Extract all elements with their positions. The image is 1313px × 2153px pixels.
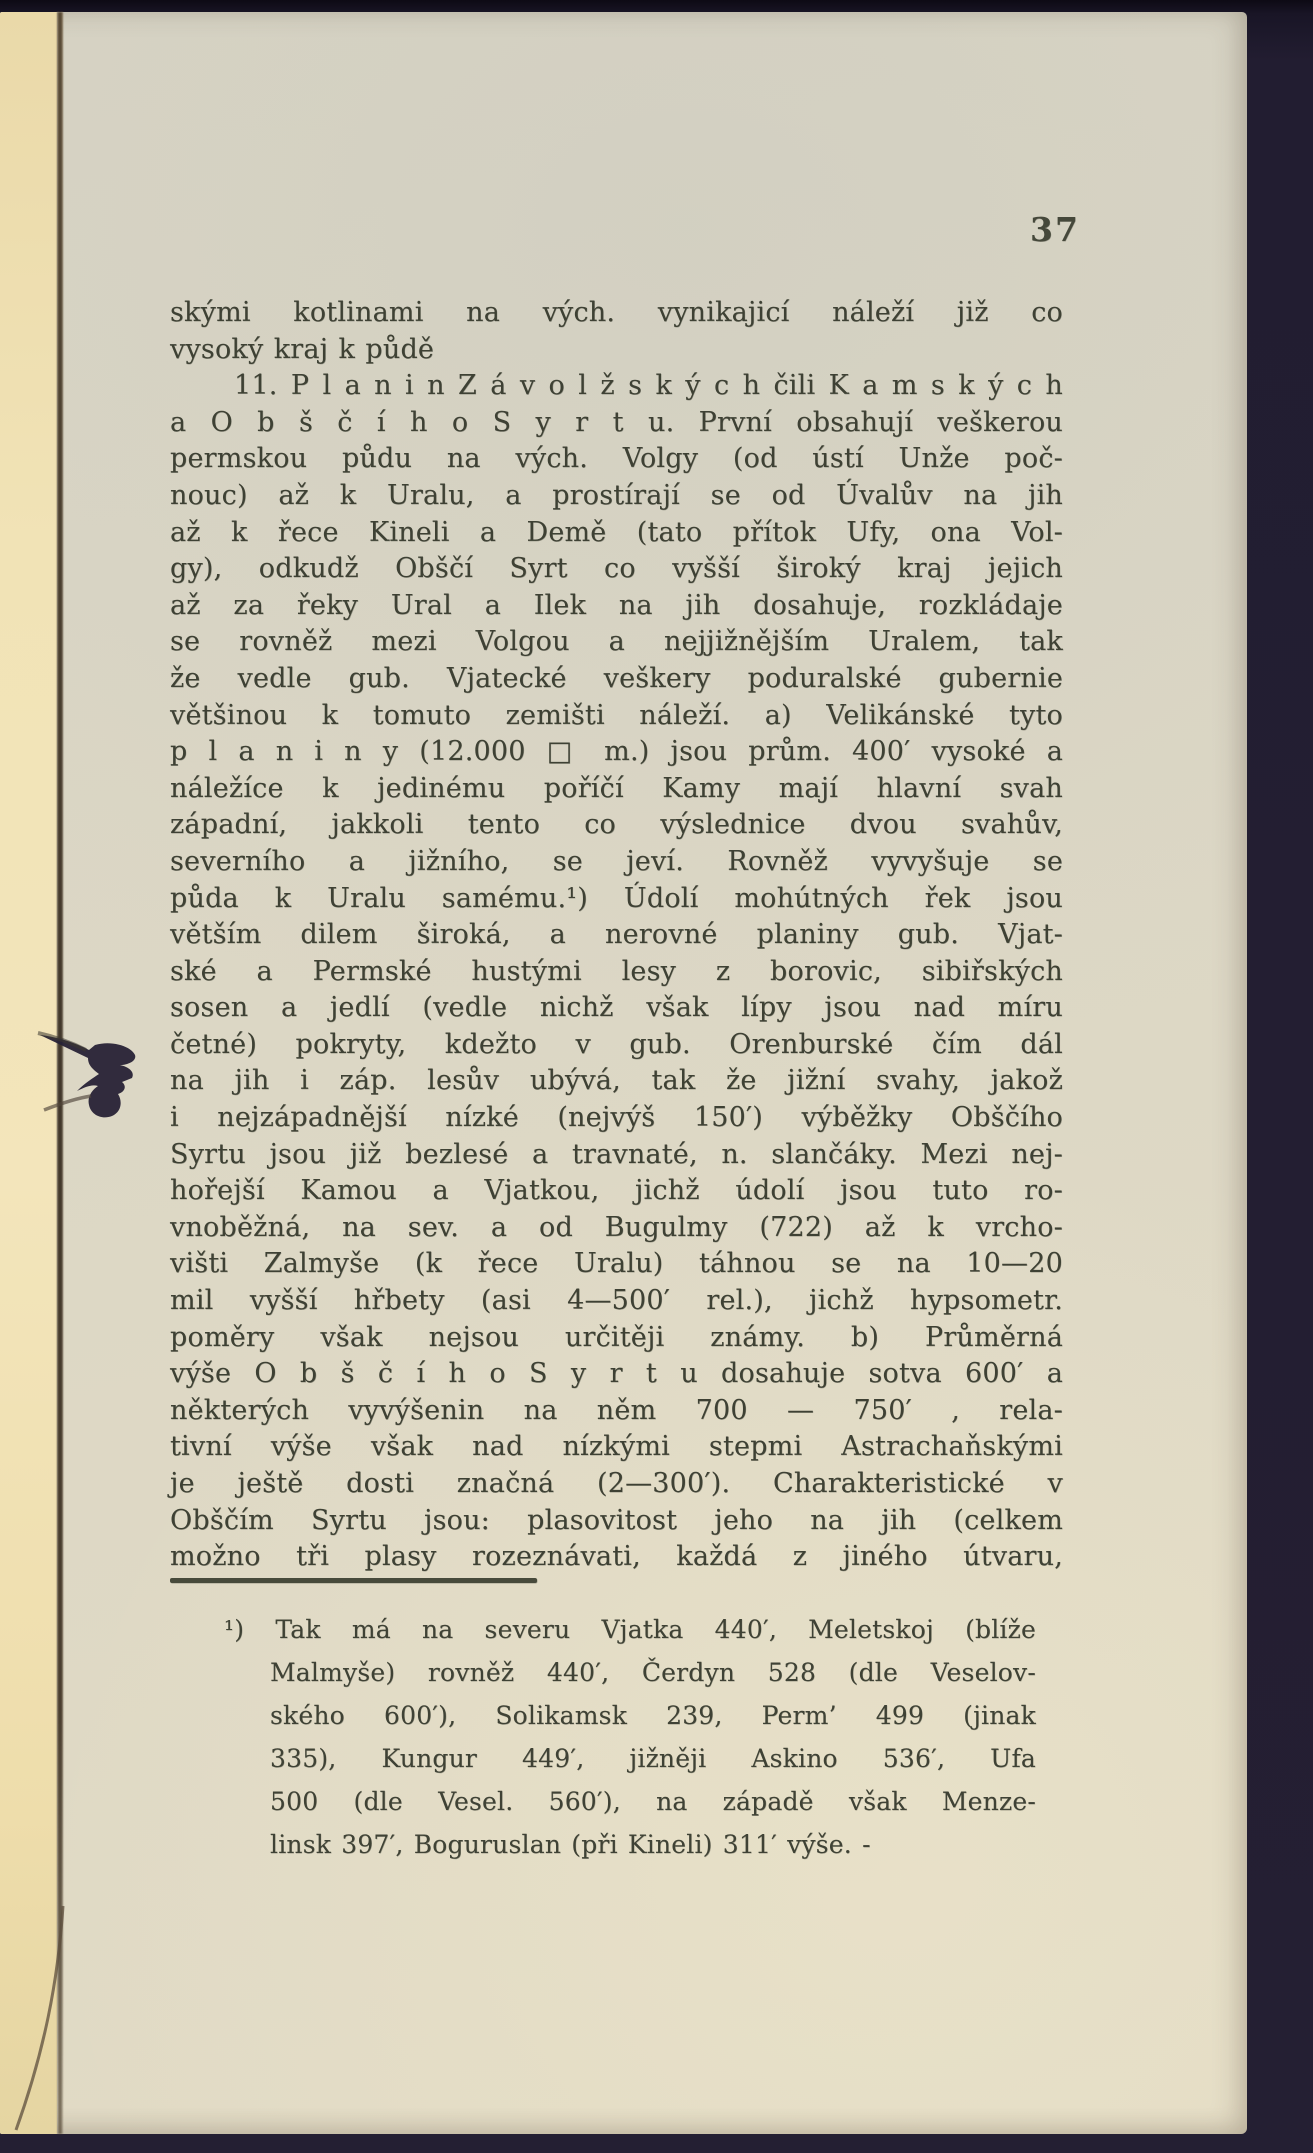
- footnote-text: ¹) Tak má na severu Vjatka 440′, Meletsk…: [270, 1608, 1036, 1866]
- page-body-text: skými kotlinami na vých. vynikajicí nále…: [170, 295, 1063, 1576]
- text-line: p l a n i n y (12.000 □ m.) jsou prům. 4…: [170, 734, 1063, 771]
- text-line: půda k Uralu samému.¹) Údolí mohútných ř…: [170, 881, 1063, 918]
- text-line: 11. P l a n i n Z á v o l ž s k ý c h či…: [170, 368, 1063, 405]
- footnote-separator-rule: [170, 1578, 537, 1583]
- text-line: i nejzápadnější nízké (nejvýš 150′) výbě…: [170, 1100, 1063, 1137]
- text-line: nouc) až k Uralu, a prostírají se od Úva…: [170, 478, 1063, 515]
- text-line: ské a Permské hustými lesy z borovic, si…: [170, 954, 1063, 991]
- text-line: hořejší Kamou a Vjatkou, jichž údolí jso…: [170, 1173, 1063, 1210]
- text-line: tivní výše však nad nízkými stepmi Astra…: [170, 1429, 1063, 1466]
- text-line: některých vyvýšenin na něm 700 — 750′ , …: [170, 1393, 1063, 1430]
- scan-background: 37 skými kotlinami na vých. vynikajicí n…: [0, 0, 1313, 2153]
- text-line: gy), odkudž Obščí Syrt co vyšší široký k…: [170, 551, 1063, 588]
- book-page: 37 skými kotlinami na vých. vynikajicí n…: [0, 12, 1247, 2134]
- page-number: 37: [1030, 210, 1100, 249]
- text-line: je ještě dosti značná (2—300′). Charakte…: [170, 1466, 1063, 1503]
- text-line: až k řece Kineli a Demě (tato přítok Ufy…: [170, 515, 1063, 552]
- text-line: Obščím Syrtu jsou: plasovitost jeho na j…: [170, 1503, 1063, 1540]
- text-line: vnoběžná, na sev. a od Bugulmy (722) až …: [170, 1210, 1063, 1247]
- text-line: severního a jižního, se jeví. Rovněž vyv…: [170, 844, 1063, 881]
- text-line: že vedle gub. Vjatecké veškery poduralsk…: [170, 661, 1063, 698]
- footnote-line: Malmyše) rovněž 440′, Čerdyn 528 (dle Ve…: [270, 1651, 1036, 1694]
- text-line: na jih i záp. lesův ubývá, tak že jižní …: [170, 1063, 1063, 1100]
- text-line: se rovněž mezi Volgou a nejjižnějším Ura…: [170, 624, 1063, 661]
- text-line: větším dilem široká, a nerovné planiny g…: [170, 917, 1063, 954]
- footnote-line: ¹) Tak má na severu Vjatka 440′, Meletsk…: [224, 1608, 1036, 1651]
- text-line: až za řeky Ural a Ilek na jih dosahuje, …: [170, 588, 1063, 625]
- text-line: náležíce k jedinému poříčí Kamy mají hla…: [170, 771, 1063, 808]
- footnote-line: 500 (dle Vesel. 560′), na západě však Me…: [270, 1780, 1036, 1823]
- text-line: možno tři plasy rozeznávati, každá z jin…: [170, 1539, 1063, 1576]
- footnote-line: linsk 397′, Boguruslan (při Kineli) 311′…: [270, 1823, 1036, 1866]
- text-line: vysoký kraj k půdě: [170, 332, 1063, 369]
- footnote-line: ského 600′), Solikamsk 239, Perm’ 499 (j…: [270, 1694, 1036, 1737]
- text-line: četné) pokryty, kdežto v gub. Orenburské…: [170, 1027, 1063, 1064]
- text-line: výše O b š č í h o S y r t u dosahuje so…: [170, 1356, 1063, 1393]
- text-line: většinou k tomuto zemišti náleží. a) Vel…: [170, 698, 1063, 735]
- text-line: Syrtu jsou již bezlesé a travnaté, n. sl…: [170, 1137, 1063, 1174]
- text-line: mil vyšší hřbety (asi 4—500′ rel.), jich…: [170, 1283, 1063, 1320]
- footnote-line: 335), Kungur 449′, jižněji Askino 536′, …: [270, 1737, 1036, 1780]
- text-line: sosen a jedlí (vedle nichž však lípy jso…: [170, 990, 1063, 1027]
- fold-crease-icon: [0, 1902, 90, 2134]
- text-line: a O b š č í h o S y r t u. První obsahuj…: [170, 405, 1063, 442]
- text-line: západní, jakkoli tento co výslednice dvo…: [170, 807, 1063, 844]
- text-line: poměry však nejsou určitěji známy. b) Pr…: [170, 1320, 1063, 1357]
- text-line: skými kotlinami na vých. vynikajicí nále…: [170, 295, 1063, 332]
- ink-blot-icon: [36, 997, 166, 1132]
- text-line: permskou půdu na vých. Volgy (od ústí Un…: [170, 441, 1063, 478]
- text-line: višti Zalmyše (k řece Uralu) táhnou se n…: [170, 1246, 1063, 1283]
